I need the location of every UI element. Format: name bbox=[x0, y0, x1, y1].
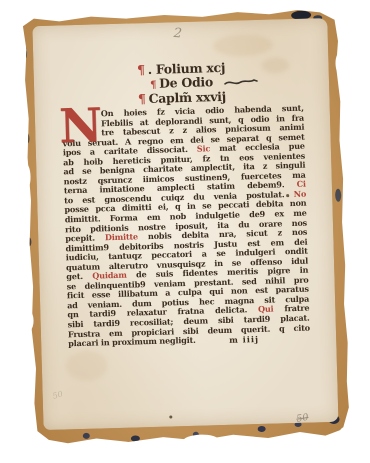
edge-speck bbox=[335, 189, 341, 202]
foxing-stain bbox=[213, 34, 274, 58]
edge-speck bbox=[131, 435, 140, 441]
pencil-annotation-top: 2 bbox=[173, 26, 182, 42]
chapter-number: Caplm̃ xxvij bbox=[148, 89, 226, 106]
pencil-annotation-bottom-right: 50 bbox=[296, 412, 310, 425]
paper-page: 2 50 50 ¶. Folium xcj ¶De Odio ¶Caplm̃ x… bbox=[32, 18, 338, 430]
edge-speck bbox=[25, 133, 29, 143]
quire-signature: m iiij bbox=[229, 334, 259, 345]
lombardic-initial: N bbox=[59, 105, 103, 148]
pilcrow-icon: ¶ bbox=[150, 79, 156, 90]
pencil-annotation-bottom-left: 50 bbox=[52, 389, 64, 400]
ink-squiggle-mark bbox=[224, 77, 258, 88]
mount-board-edge: 2 50 50 ¶. Folium xcj ¶De Odio ¶Caplm̃ x… bbox=[21, 7, 351, 447]
edge-chip bbox=[26, 311, 33, 329]
edge-chip bbox=[183, 434, 219, 447]
ink-dot bbox=[169, 415, 172, 418]
pilcrow-icon: ¶ bbox=[137, 62, 145, 77]
photo-background: 2 50 50 ¶. Folium xcj ¶De Odio ¶Caplm̃ x… bbox=[0, 0, 370, 463]
chapter-title: De Odio bbox=[159, 74, 213, 90]
edge-speck bbox=[27, 237, 31, 246]
edge-speck bbox=[22, 45, 27, 59]
edge-speck bbox=[258, 426, 266, 432]
text-block: N On hoies fz vicia odio habenda sunt,Fl… bbox=[62, 104, 311, 349]
edge-speck bbox=[83, 433, 90, 439]
foxing-stain bbox=[65, 350, 108, 381]
pilcrow-icon: ¶ bbox=[138, 91, 146, 106]
edge-chip bbox=[335, 53, 345, 75]
incunabula-leaf: 2 50 50 ¶. Folium xcj ¶De Odio ¶Caplm̃ x… bbox=[21, 7, 351, 447]
